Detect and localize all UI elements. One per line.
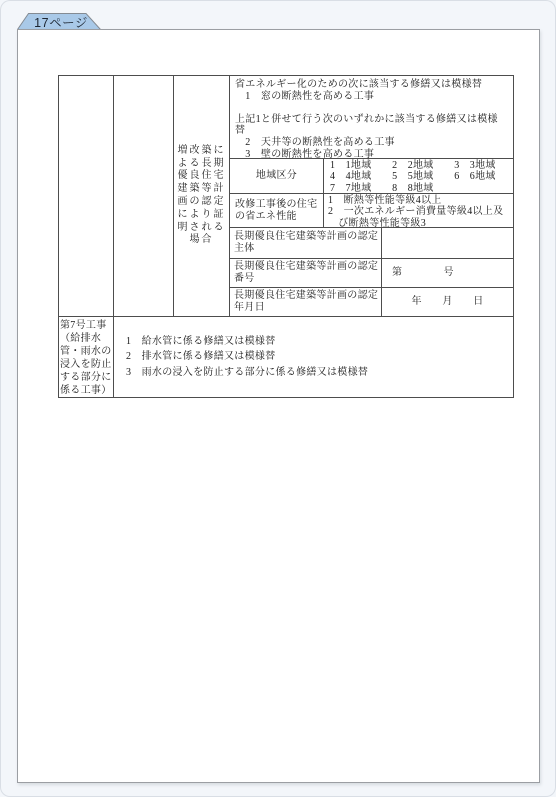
table-cell-cert-number-label: 長期優良住宅建築等計画の認定 番号: [230, 259, 382, 288]
table-cell-cert-subject-label: 長期優良住宅建築等計画の認定 主体: [230, 228, 382, 259]
table-cell-cert-date-label: 長期優良住宅建築等計画の認定 年月日: [230, 288, 382, 317]
table-cell-cert-subject-value: [382, 228, 513, 259]
table-cell-empty-col1: [59, 76, 114, 317]
renovation-work-table: 増改築に よる長期 優良住宅 建築等計 画の認定 により証 明される 場合 省エ…: [58, 75, 514, 398]
table-cell-empty-col2: [114, 76, 174, 317]
table-cell-certified-case: 増改築に よる長期 優良住宅 建築等計 画の認定 により証 明される 場合: [174, 76, 230, 317]
page-tab-label: 17ページ: [31, 13, 91, 30]
table-cell-cert-date-value: 年 月 日: [382, 288, 513, 317]
screenshot-root: { "page": { "tab_label": "17ページ", "color…: [0, 0, 556, 797]
table-cell-performance-label: 改修工事後の住宅 の省エネ性能: [230, 194, 324, 228]
table-cell-cert-number-value: 第 号: [382, 259, 513, 288]
page-tab[interactable]: 17ページ: [17, 13, 101, 30]
table-cell-work7-items: 1 給水管に係る修繕又は模様替 2 排水管に係る修繕又は模様替 3 雨水の浸入を…: [114, 317, 513, 397]
table-cell-energy-works: 省エネルギー化のための次に該当する修繕又は模様替 1 窓の断熱性を高める工事 上…: [230, 76, 513, 159]
table-cell-performance-values: 1 断熱等性能等級4以上 2 一次エネルギー消費量等級4以上及 び断熱等性能等級…: [324, 194, 513, 228]
table-cell-work7-label: 第7号工事 （給排水 管・雨水の 浸入を防止 する部分に 係る工事）: [59, 317, 114, 397]
table-cell-region-values: 1 1地域 2 2地域 3 3地域 4 4地域 5 5地域 6 6地域 7 7地…: [324, 159, 513, 194]
table-cell-region-label: 地域区分: [230, 159, 324, 194]
document-page: 増改築に よる長期 優良住宅 建築等計 画の認定 により証 明される 場合 省エ…: [17, 29, 540, 783]
